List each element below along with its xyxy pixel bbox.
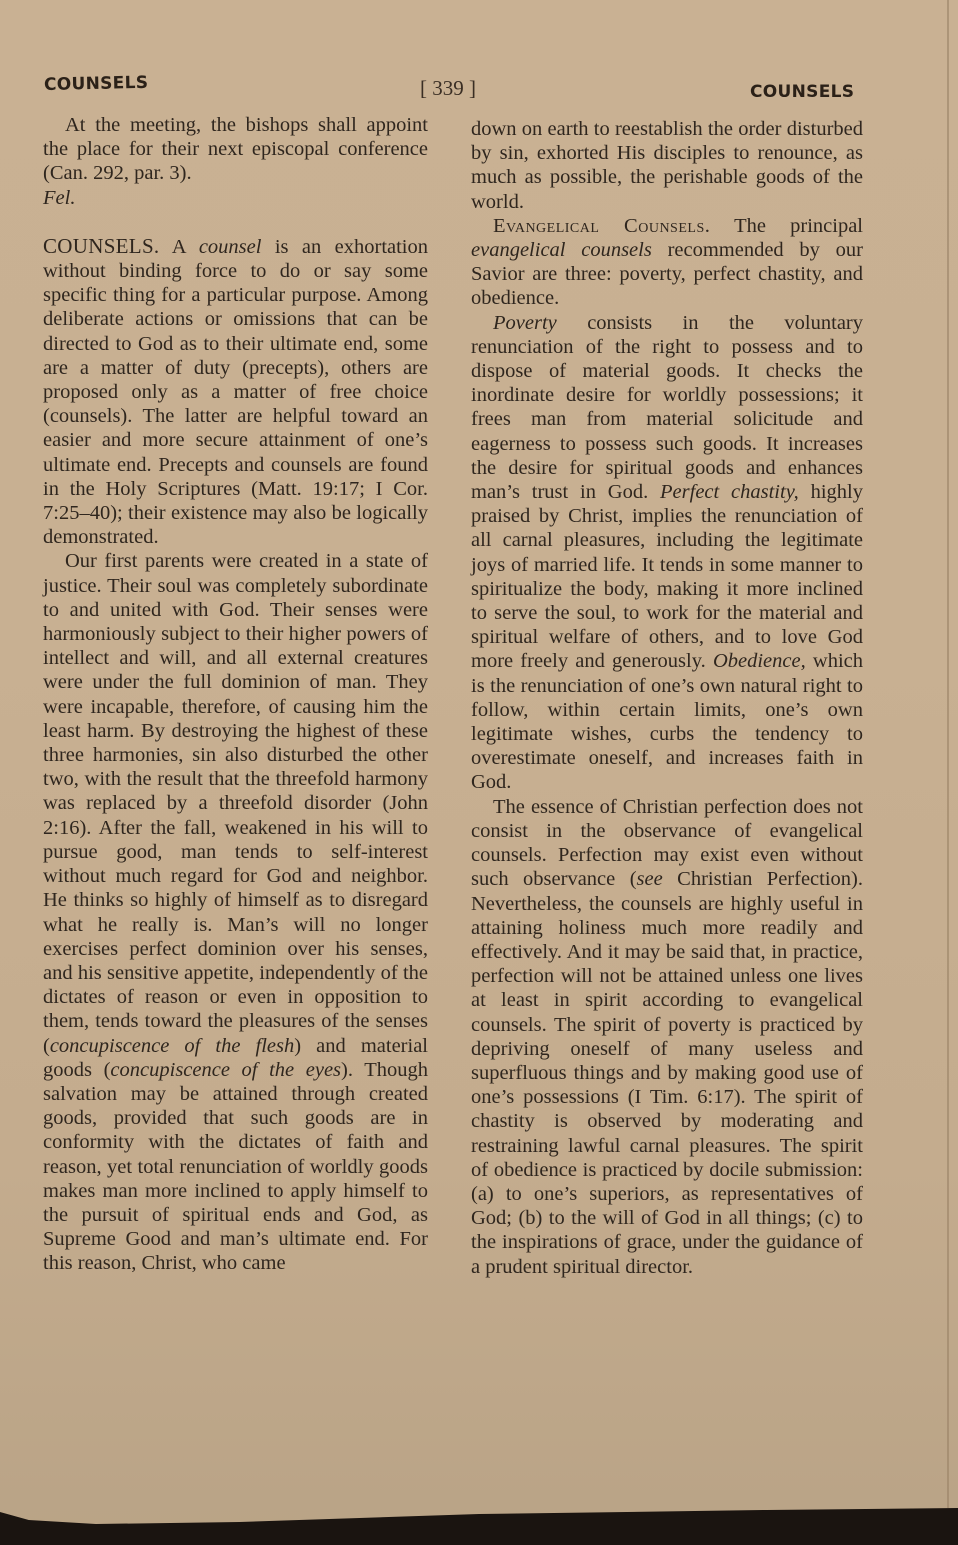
running-head-right: COUNSELS	[750, 82, 854, 102]
page-number: [ 339 ]	[420, 76, 476, 101]
page-edge	[947, 0, 949, 1508]
christian-perfection-paragraph: The essence of Christian perfection does…	[471, 795, 863, 1279]
evangelical-counsels-paragraph: Evangelical Counsels. The principal evan…	[471, 214, 863, 311]
subhead-evangelical-counsels: Evangelical Counsels.	[493, 215, 710, 237]
entry-counsels-paragraph-1: COUNSELS. A counsel is an exhortation wi…	[43, 234, 428, 550]
previous-entry-ending: At the meeting, the bishops shall appoin…	[43, 113, 428, 210]
left-column: At the meeting, the bishops shall appoin…	[43, 113, 428, 1276]
paragraph-continuation: down on earth to reestablish the order d…	[471, 117, 863, 214]
entry-counsels-paragraph-2: Our first parents were created in a stat…	[43, 549, 428, 1275]
running-head-left: COUNSELS	[44, 73, 149, 95]
poverty-chastity-obedience-paragraph: Poverty consists in the voluntary renunc…	[471, 311, 863, 795]
cross-reference-see: see	[637, 868, 663, 890]
right-column: down on earth to reestablish the order d…	[471, 117, 863, 1279]
entry-headword: COUNSELS.	[43, 234, 159, 258]
defined-term: counsel	[199, 236, 262, 258]
author-signature: Fel.	[43, 187, 75, 209]
book-page: COUNSELS [ 339 ] COUNSELS At the meeting…	[0, 0, 958, 1545]
